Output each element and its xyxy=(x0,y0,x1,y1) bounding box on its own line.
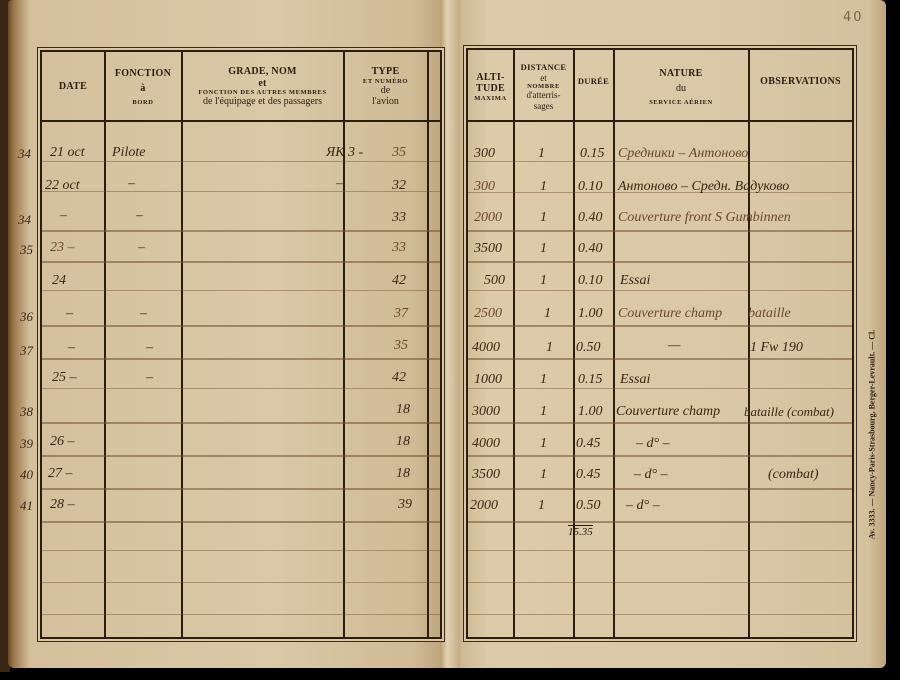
cell-landings: 1 xyxy=(546,340,553,356)
cell-fonction: – xyxy=(138,240,145,256)
cell-nature: Couverture champ xyxy=(618,306,722,322)
cell-observations: bataille xyxy=(748,306,791,322)
cell-date: 28 – xyxy=(50,497,75,513)
margin-number: 34 xyxy=(18,212,31,228)
cell-landings: 1 xyxy=(540,241,547,257)
margin-number: 36 xyxy=(20,309,33,325)
cell-date: – xyxy=(60,208,67,224)
cell-fonction: – xyxy=(146,370,153,386)
cell-nature: – d° – xyxy=(626,498,660,514)
cell-fonction: – xyxy=(128,176,135,192)
cell-type: 18 xyxy=(396,466,410,482)
cell-fonction: – xyxy=(146,340,153,356)
header-nature: NATURE du SERVICE AÉRIEN xyxy=(614,52,748,122)
cell-duree: 0.50 xyxy=(576,340,601,356)
margin-number: 40 xyxy=(20,467,33,483)
cell-fonction: Pilote xyxy=(112,145,145,161)
cell-nature: Essai xyxy=(620,372,650,388)
cell-observations: 1 Fw 190 xyxy=(750,340,803,356)
cell-date: 24 xyxy=(52,273,66,289)
cell-type: 35 xyxy=(392,145,406,161)
cell-nature: Антоново – Средн. Вадуково xyxy=(618,179,789,195)
column-divider xyxy=(613,50,615,637)
cell-altitude: 2500 xyxy=(474,306,502,322)
cell-duree: 0.10 xyxy=(578,273,603,289)
margin-number: 38 xyxy=(20,404,33,420)
cell-nature: — xyxy=(668,338,680,354)
cell-altitude: 300 xyxy=(474,146,495,162)
cell-duree: 0.45 xyxy=(576,436,601,452)
cell-duree: 1.00 xyxy=(578,306,603,322)
cell-landings: 1 xyxy=(540,436,547,452)
cell-type: 18 xyxy=(396,402,410,418)
cell-observations: bataille (combat) xyxy=(744,404,834,420)
cell-altitude: 3000 xyxy=(472,404,500,420)
page-number: 40 xyxy=(843,10,864,25)
cell-date: 22 oct xyxy=(45,178,80,194)
cell-date: – xyxy=(68,340,75,356)
cell-date: 25 – xyxy=(52,370,77,386)
cell-duree: 0.10 xyxy=(578,179,603,195)
cell-type: 32 xyxy=(392,178,406,194)
cell-type: 35 xyxy=(394,338,408,354)
cell-type: 33 xyxy=(392,210,406,226)
cell-altitude: 4000 xyxy=(472,340,500,356)
cell-landings: 1 xyxy=(544,306,551,322)
total-duree: 15.35 xyxy=(568,525,593,538)
cell-type: 42 xyxy=(392,370,406,386)
cell-observations: (combat) xyxy=(768,467,819,483)
cell-duree: 0.15 xyxy=(580,146,605,162)
cell-date: – xyxy=(66,306,73,322)
cell-landings: 1 xyxy=(540,372,547,388)
header-fonction: FONCTION à BORD xyxy=(105,54,181,120)
cell-landings: 1 xyxy=(540,210,547,226)
cell-type: 18 xyxy=(396,434,410,450)
cell-duree: 1.00 xyxy=(578,404,603,420)
book-gutter xyxy=(440,0,458,668)
cell-altitude: 2000 xyxy=(474,210,502,226)
cell-nature: Couverture champ xyxy=(616,404,720,420)
cell-altitude: 1000 xyxy=(474,372,502,388)
cell-altitude: 300 xyxy=(474,179,495,195)
header-distance: DISTANCE et NOMBRE d'atterris- sages xyxy=(514,52,573,122)
cell-date: 27 – xyxy=(48,466,73,482)
margin-number: 41 xyxy=(20,498,33,514)
cell-duree: 0.40 xyxy=(578,210,603,226)
left-log-table: DATE FONCTION à BORD GRADE, NOM et FONCT… xyxy=(40,50,442,639)
cell-duree: 0.50 xyxy=(576,498,601,514)
header-type: TYPE ET NUMÉRO de l'avion xyxy=(344,54,427,120)
cell-duree: 0.15 xyxy=(578,372,603,388)
cell-grade: – xyxy=(336,176,343,192)
cell-altitude: 500 xyxy=(484,273,505,289)
header-grade-nom: GRADE, NOM et FONCTION DES AUTRES MEMBRE… xyxy=(182,54,343,120)
cell-duree: 0.45 xyxy=(576,467,601,483)
cell-landings: 1 xyxy=(540,467,547,483)
margin-number: 35 xyxy=(20,242,33,258)
cell-landings: 1 xyxy=(538,146,545,162)
margin-number: 37 xyxy=(20,343,33,359)
cell-date: 23 – xyxy=(50,240,75,256)
header-observations: OBSERVATIONS xyxy=(749,52,852,112)
cell-date: 26 – xyxy=(50,434,75,450)
cell-landings: 1 xyxy=(540,179,547,195)
cell-altitude: 3500 xyxy=(474,241,502,257)
margin-number: 39 xyxy=(20,436,33,452)
cell-date: 21 oct xyxy=(50,145,85,161)
cell-type: 42 xyxy=(392,273,406,289)
header-divider xyxy=(42,120,440,122)
cell-type: 39 xyxy=(398,497,412,513)
logbook-spread: 40 DATE FONCTION à BORD GRADE, NOM et FO… xyxy=(0,0,900,680)
header-duree: DURÉE xyxy=(574,52,613,112)
cell-nature: – d° – xyxy=(634,467,668,483)
cell-fonction: – xyxy=(140,306,147,322)
cell-type-prefix: ЯК 3 - xyxy=(326,145,363,161)
cell-altitude: 2000 xyxy=(470,498,498,514)
cell-nature: Средники – Антоново xyxy=(618,146,748,162)
column-divider xyxy=(573,50,575,637)
cell-type: 37 xyxy=(394,306,408,322)
margin-number: 34 xyxy=(18,146,31,162)
cell-altitude: 3500 xyxy=(472,467,500,483)
cell-duree: 0.40 xyxy=(578,241,603,257)
printer-imprint: Av. 3333. — Nancy-Paris-Strasbourg, Berg… xyxy=(862,290,876,590)
cell-landings: 1 xyxy=(540,404,547,420)
cell-nature: – d° – xyxy=(636,436,670,452)
cell-type: 33 xyxy=(392,240,406,256)
cell-landings: 1 xyxy=(538,498,545,514)
header-date: DATE xyxy=(42,54,104,120)
column-divider xyxy=(513,50,515,637)
cell-nature: Couverture front S Gumbinnen xyxy=(618,210,791,226)
cell-nature: Essai xyxy=(620,273,650,289)
cell-altitude: 4000 xyxy=(472,436,500,452)
header-altitude: ALTI- TUDE MAXIMA xyxy=(468,52,513,122)
cell-fonction: – xyxy=(136,208,143,224)
cell-landings: 1 xyxy=(540,273,547,289)
